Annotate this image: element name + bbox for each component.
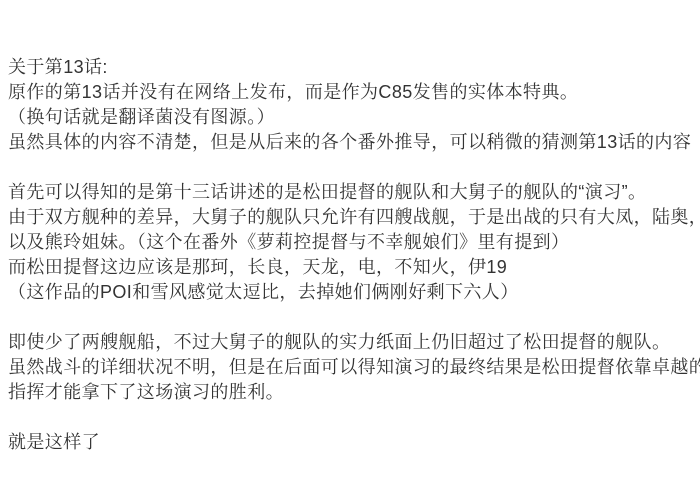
text-line: 首先可以得知的是第十三话讲述的是松田提督的舰队和大舅子的舰队的“演习”。	[8, 180, 692, 205]
paragraph: 关于第13话:原作的第13话并没有在网络上发布，而是作为C85发售的实体本特典。…	[8, 55, 692, 155]
text-line: 虽然战斗的详细状况不明，但是在后面可以得知演习的最终结果是松田提督依靠卓越的	[8, 355, 692, 380]
text-line: （这作品的POI和雪风感觉太逗比，去掉她们俩刚好剩下六人）	[8, 280, 692, 305]
paragraph: 就是这样了	[8, 430, 692, 455]
text-line: 即使少了两艘舰船，不过大舅子的舰队的实力纸面上仍旧超过了松田提督的舰队。	[8, 330, 692, 355]
text-line: 虽然具体的内容不清楚，但是从后来的各个番外推导，可以稍微的猜测第13话的内容	[8, 130, 692, 155]
text-line: 由于双方舰种的差异，大舅子的舰队只允许有四艘战舰，于是出战的只有大凤，陆奥，	[8, 205, 692, 230]
text-line: 就是这样了	[8, 430, 692, 455]
paragraph: 首先可以得知的是第十三话讲述的是松田提督的舰队和大舅子的舰队的“演习”。由于双方…	[8, 180, 692, 305]
translator-note-document: 关于第13话:原作的第13话并没有在网络上发布，而是作为C85发售的实体本特典。…	[0, 0, 700, 455]
paragraph: 即使少了两艘舰船，不过大舅子的舰队的实力纸面上仍旧超过了松田提督的舰队。虽然战斗…	[8, 330, 692, 405]
text-line: 以及熊玲姐妹。（这个在番外《萝莉控提督与不幸舰娘们》里有提到）	[8, 230, 692, 255]
text-line: 指挥才能拿下了这场演习的胜利。	[8, 380, 692, 405]
text-line: （换句话就是翻译菌没有图源。）	[8, 105, 692, 130]
text-line: 关于第13话:	[8, 55, 692, 80]
text-line: 原作的第13话并没有在网络上发布，而是作为C85发售的实体本特典。	[8, 80, 692, 105]
text-line: 而松田提督这边应该是那珂，长良，天龙，电，不知火，伊19	[8, 255, 692, 280]
